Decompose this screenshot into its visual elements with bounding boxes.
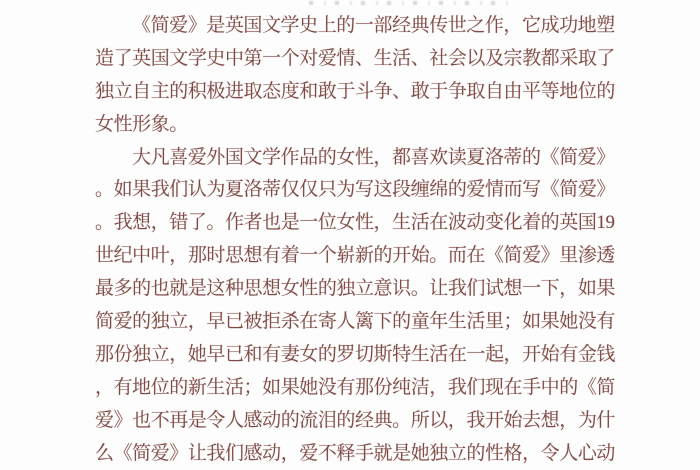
- text-line: 那份独立，她早已和有妻女的罗切斯特生活在一起，开始有金钱: [95, 339, 617, 372]
- essay-text-block: 《简爱》是英国文学史上的一部经典传世之作，它成功地塑 造了英国文学史中第一个对爱…: [95, 10, 617, 470]
- text-line: 爱》也不再是令人感动的流泪的经典。所以，我开始去想，为什: [95, 405, 617, 438]
- document-page: 《简爱》是英国文学史上的一部经典传世之作，它成功地塑 造了英国文学史中第一个对爱…: [0, 0, 700, 470]
- text-line: 女性形象。: [95, 109, 617, 142]
- text-line: 造了英国文学史中第一个对爱情、生活、社会以及宗教都采取了: [95, 43, 617, 76]
- text-line: 。如果我们认为夏洛蒂仅仅只为写这段缠绵的爱情而写《简爱》: [95, 174, 617, 207]
- text-line: 简爱的独立，早已被拒杀在寄人篱下的童年生活里；如果她没有: [95, 306, 617, 339]
- text-line: 世纪中叶，那时思想有着一个崭新的开始。而在《简爱》里渗透: [95, 240, 617, 273]
- text-line: 独立自主的积极进取态度和敢于斗争、敢于争取自由平等地位的: [95, 76, 617, 109]
- scan-artifact-top: [300, 1, 515, 5]
- text-line: ，有地位的新生活；如果她没有那份纯洁，我们现在手中的《简: [95, 372, 617, 405]
- text-line: 大凡喜爱外国文学作品的女性，都喜欢读夏洛蒂的《简爱》: [95, 142, 617, 175]
- text-line: 最多的也就是这种思想女性的独立意识。让我们试想一下，如果: [95, 273, 617, 306]
- text-line: 《简爱》是英国文学史上的一部经典传世之作，它成功地塑: [95, 10, 617, 43]
- text-line: 。我想，错了。作者也是一位女性，生活在波动变化着的英国19: [95, 207, 617, 240]
- text-line: 么《简爱》让我们感动，爱不释手就是她独立的性格，令人心动: [95, 438, 617, 470]
